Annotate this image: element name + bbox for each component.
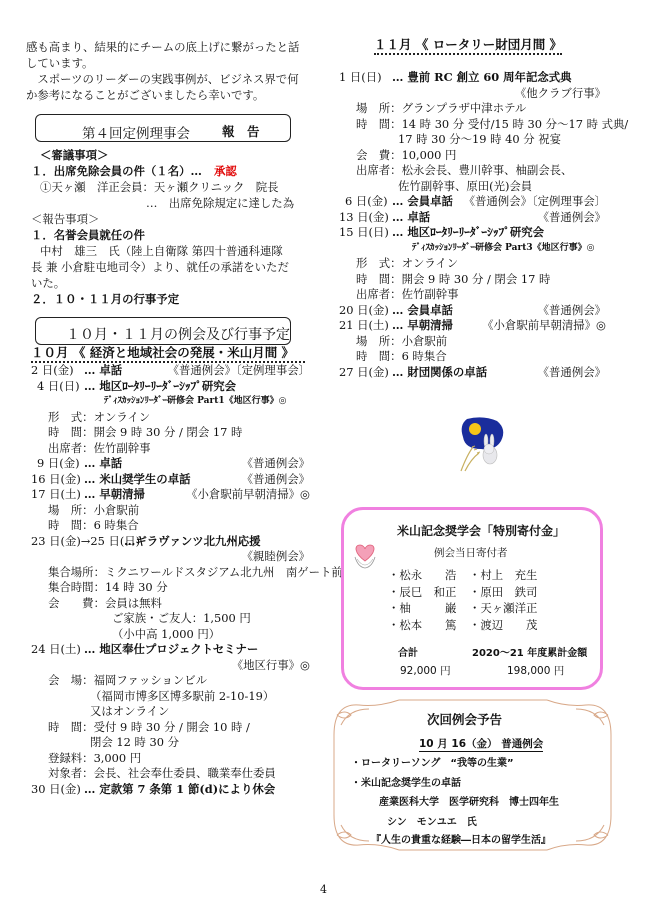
donor-name: ・辰巳 和正 [388, 584, 456, 601]
report-item: １．名誉会員就任の件 [31, 228, 145, 242]
schedule-detail: 会 費：会員は無料 [48, 596, 162, 610]
donor-name: ・松永 浩 [388, 567, 456, 584]
intro-line: スポーツのリーダーの実践事例が、ビジネス界で何 [26, 72, 299, 86]
schedule-date: 15 日(日) [339, 225, 389, 239]
schedule-event: … 会員卓話 [392, 194, 453, 208]
donor-name: ・渡辺 茂 [469, 617, 537, 634]
deliberation-item: １．出席免除会員の件（１名）… [31, 164, 202, 178]
total-label: 合計 [398, 647, 418, 661]
schedule-detail: 対象者：会長、社会奉仕委員、職業奉仕委員 [48, 766, 276, 780]
next-meeting-title: 次回例会予告 [427, 713, 502, 727]
report-item: ２．１０・１１月の行事予定 [31, 292, 179, 306]
schedule-detail: ご家族・ご友人：1,500 円 [112, 611, 251, 625]
schedule-category: 《普通例会》 [538, 210, 606, 224]
schedule-category: 《小倉駅前早朝清掃》◎ [482, 318, 606, 332]
intro-line: 感も高まり、結果的にチームの底上げに繋がったと話 [26, 40, 299, 54]
schedule-date: 16 日(金) [31, 472, 81, 486]
talk-title: 『人生の貴重な経験―日本の留学生活』 [371, 834, 551, 848]
speaker-name: シン モンユエ 氏 [387, 816, 477, 830]
schedule-category: 《普通例会》〔定例理事会〕 [464, 194, 606, 208]
donation-title: 米山記念奨学会「特別寄付金」 [397, 524, 565, 538]
intro-line: か参考になることがございましたら幸いです。 [26, 88, 264, 102]
report-body: 長 兼 小倉駐屯地司令）より、就任の承諾をいただ [31, 260, 289, 274]
agenda-item: ・ロータリーソング “我等の生業” [351, 757, 514, 771]
schedule-detail: 会 場：福岡ファッションビル [48, 673, 207, 687]
moon-viewing-rabbit-illustration [455, 415, 510, 475]
schedule-event: … 財団関係の卓話 [392, 365, 487, 379]
schedule-detail: （小中高 1,000 円） [112, 627, 220, 641]
page-number: 4 [320, 883, 327, 896]
schedule-event: … 定款第 7 条第 1 節(d)により休会 [84, 782, 275, 796]
schedule-detail: 時 間：14 時 30 分 受付/15 時 30 分～17 時 式典/ [356, 117, 628, 131]
total-value: 92,000 円 [400, 664, 451, 678]
report-body: いた。 [31, 276, 65, 290]
schedule-date: 6 日(金) [345, 194, 388, 208]
schedule-category: 《普通例会》 [242, 472, 310, 486]
schedule-detail: 登録料：3,000 円 [48, 751, 141, 765]
schedule-event: … 豊前 RC 創立 60 周年記念式典 [392, 70, 572, 84]
schedule-category: 《普通例会》 [538, 303, 606, 317]
donor-name: ・天ヶ瀬洋正 [469, 600, 537, 617]
schedule-event: … 地区奉仕プロジェクトセミナー [84, 642, 258, 656]
schedule-detail: 佐竹副幹事、原田(光)会員 [398, 179, 532, 193]
donor-name: ・柚 巌 [388, 600, 456, 617]
schedule-event: … 早朝清掃 [84, 487, 145, 501]
november-header: １１月 《 ロータリー財団月間 》 [374, 38, 562, 55]
schedule-date: 1 日(日) [339, 70, 382, 84]
schedule-category: 《地区行事》◎ [232, 658, 310, 672]
schedule-detail: 形 式：オンライン [356, 256, 458, 270]
schedule-date: 21 日(土) [339, 318, 389, 332]
speaker-affiliation: 産業医科大学 医学研究科 博士四年生 [379, 796, 559, 810]
intro-line: しています。 [26, 56, 93, 70]
schedule-event: … 米山奨学生の卓話 [84, 472, 190, 486]
schedule-detail: 時 間：6 時集合 [48, 518, 139, 532]
schedule-detail: 会 費：10,000 円 [356, 148, 456, 162]
cumulative-value: 198,000 円 [507, 664, 564, 678]
schedule-category: 《他クラブ行事》 [515, 86, 606, 100]
schedule-date: 27 日(金) [339, 365, 389, 379]
schedule-category: 《小倉駅前早朝清掃》◎ [186, 487, 310, 501]
donor-name: ・原田 鉄司 [469, 584, 537, 601]
deliberation-reason: … 出席免除規定に達した為 [146, 196, 294, 210]
schedule-event: … 卓話 [84, 456, 122, 470]
donor-name: ・松本 篤 [388, 617, 456, 634]
schedule-detail: 又はオンライン [90, 704, 169, 718]
agenda-item: ・米山記念奨学生の卓話 [351, 777, 461, 791]
schedule-date: 13 日(金) [339, 210, 389, 224]
next-meeting-date: 10 月 16（金） 普通例会 [419, 737, 543, 752]
report-body: 中村 雄三 氏（陸上自衛隊 第四十普通科連隊 [40, 244, 283, 258]
schedule-date: 24 日(土) [31, 642, 81, 656]
schedule-date: 20 日(金) [339, 303, 389, 317]
schedule-detail: 出席者：佐竹副幹事 [48, 441, 151, 455]
schedule-subtitle: ﾃﾞｨｽｶｯｼｮﾝﾘｰﾀﾞｰ研修会 Part1《地区行事》◎ [104, 394, 287, 408]
schedule-date: 17 日(土) [31, 487, 81, 501]
schedule-detail: 時 間：開会 9 時 30 分 / 閉会 17 時 [356, 272, 550, 286]
schedule-event: … 早朝清掃 [392, 318, 453, 332]
schedule-date: 4 日(日) [37, 379, 80, 393]
schedule-detail: 集合場所：ミクニワールドスタジアム北九州 南ゲート前 [48, 565, 343, 579]
donation-box: 米山記念奨学会「特別寄付金」 例会当日寄付者 ・松永 浩 ・辰巳 和正 ・柚 巌… [341, 507, 603, 690]
board-report-title: 第４回定例理事会 [82, 122, 190, 142]
donor-list-left: ・松永 浩 ・辰巳 和正 ・柚 巌 ・松本 篤 [388, 567, 456, 633]
schedule-date: 2 日(金) [31, 363, 74, 377]
schedule-event: … 地区ﾛｰﾀﾘｰﾘｰﾀﾞｰｼｯﾌﾟ研究会 [392, 225, 544, 239]
october-header: １０月 《 経済と地域社会の発展・米山月間 》 [31, 346, 305, 363]
report-header: ＜報告事項＞ [31, 212, 99, 226]
schedule-detail: 集合時間：14 時 30 分 [48, 580, 168, 594]
schedule-category: 《親睦例会》 [242, 549, 310, 563]
schedule-detail: （福岡市博多区博多駅前 2-10-19） [90, 689, 274, 703]
schedule-title: １０月・１１月の例会及び行事予定 [66, 324, 290, 344]
schedule-detail: 出席者：佐竹副幹事 [356, 287, 459, 301]
schedule-event: …ギラヴァンツ北九州応援 [124, 534, 261, 548]
schedule-category: 《普通例会》〔定例理事会〕 [168, 363, 310, 377]
schedule-date: 30 日(金) [31, 782, 81, 796]
schedule-event: … 地区ﾛｰﾀﾘｰﾘｰﾀﾞｰｼｯﾌﾟ研究会 [84, 379, 236, 393]
schedule-detail: 閉会 12 時 30 分 [90, 735, 179, 749]
schedule-category: 《普通例会》 [538, 365, 606, 379]
heart-hands-icon [352, 541, 378, 571]
schedule-date: 9 日(金) [37, 456, 80, 470]
schedule-detail: 出席者：松永会長、豊川幹事、柚副会長、 [356, 163, 572, 177]
cumulative-label: 2020～21 年度累計金額 [472, 647, 587, 661]
schedule-detail: 時 間：6 時集合 [356, 349, 447, 363]
schedule-detail: 時 間：受付 9 時 30 分 / 開会 10 時 / [48, 720, 250, 734]
donation-subtitle: 例会当日寄付者 [434, 546, 508, 560]
board-report-title-suffix: 報 告 [222, 122, 260, 140]
schedule-detail: 場 所：小倉駅前 [48, 503, 139, 517]
schedule-detail: 時 間：開会 9 時 30 分 / 閉会 17 時 [48, 425, 242, 439]
schedule-event: … 会員卓話 [392, 303, 453, 317]
donor-list-right: ・村上 充生 ・原田 鉄司 ・天ヶ瀬洋正 ・渡辺 茂 [469, 567, 537, 633]
schedule-detail: 17 時 30 分～19 時 40 分 祝宴 [398, 132, 561, 146]
schedule-event: … 卓話 [392, 210, 430, 224]
deliberation-header: ＜審議事項＞ [40, 148, 108, 162]
approval-status: 承認 [214, 164, 237, 178]
next-meeting-box: 次回例会予告 10 月 16（金） 普通例会 ・ロータリーソング “我等の生業”… [329, 695, 616, 855]
schedule-detail: 形 式：オンライン [48, 410, 150, 424]
schedule-category: 《普通例会》 [242, 456, 310, 470]
schedule-detail: 場 所：小倉駅前 [356, 334, 447, 348]
schedule-event: … 卓話 [84, 363, 122, 377]
schedule-subtitle: ﾃﾞｨｽｶｯｼｮﾝﾘｰﾀﾞｰ研修会 Part3《地区行事》◎ [412, 241, 595, 255]
deliberation-detail: ①天ヶ瀬 洋正会員：天ヶ瀬クリニック 院長 [40, 180, 279, 194]
schedule-detail: 場 所：グランプラザ中津ホテル [356, 101, 526, 115]
donor-name: ・村上 充生 [469, 567, 537, 584]
